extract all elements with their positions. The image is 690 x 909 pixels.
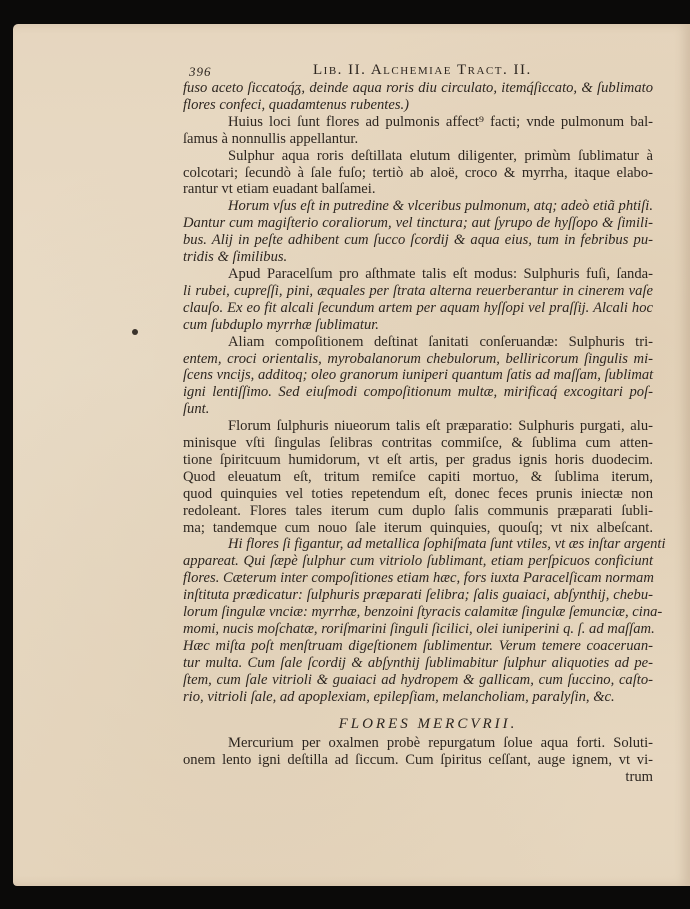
text-line: Quod eleuatum eſt, tritum remiſce capiti… — [183, 469, 653, 486]
running-head: Lib. II. Alchemiae Tract. II. — [313, 62, 532, 79]
page-number: 396 — [189, 64, 212, 81]
text-line: li rubei, cupreſſi, pini, æquales per ſt… — [183, 283, 653, 300]
ink-spot — [132, 329, 138, 335]
text-line: inſtituta prædicatur: ſulphuris præparat… — [183, 587, 653, 604]
text-line: flores. Cæterum inter compoſitiones etia… — [183, 570, 653, 587]
text-line: rantur vt etiam euadant balſamei. — [183, 181, 653, 198]
text-line: ſamus à nonnullis appellantur. — [183, 131, 653, 148]
text-line: tione ſpiritcuum humidorum, vt eſt artis… — [183, 452, 653, 469]
text-line: tridis & ſimilibus. — [183, 249, 653, 266]
text-line: minisque vſti ſingulas ſelibras contrita… — [183, 435, 653, 452]
text-line: lorum ſingulæ vnciæ: myrrhæ, benzoini ſt… — [183, 604, 653, 621]
text-line: Hi flores ſi figantur, ad metallica ſoph… — [183, 536, 653, 553]
page-header: 396 Lib. II. Alchemiae Tract. II. — [183, 62, 653, 80]
text-line: redoleant. Flores tales iterum cum duplo… — [183, 503, 653, 520]
text-line: fuso aceto ſiccatoq́ᵹ, deinde aqua roris… — [183, 80, 653, 97]
section-heading: FLORES MERCVRII. — [183, 716, 653, 733]
text-line: Florum ſulphuris niueorum talis eſt præp… — [183, 418, 653, 435]
text-line: entem, croci orientalis, myrobalanorum c… — [183, 351, 653, 368]
text-line: onem lento igni deſtilla ad ſiccum. Cum … — [183, 752, 653, 769]
text-line: clauſo. Ex eo fit alcali ſecundum artem … — [183, 300, 653, 317]
text-line: Mercurium per oxalmen probè repurgatum ſ… — [183, 735, 653, 752]
text-line: ſtem, cum ſale vitrioli & guaiaci ad hyd… — [183, 672, 653, 689]
text-line: flores confeci, quadamtenus rubentes.) — [183, 97, 653, 114]
text-line: momi, nucis moſchatæ, roriſmarini ſingul… — [183, 621, 653, 638]
text-line: Dantur cum magiſterio coraliorum, vel ti… — [183, 215, 653, 232]
text-line: cum ſubduplo myrrhæ ſublimatur. — [183, 317, 653, 334]
text-line: ma; tandemque cum nouo ſale iterum quinq… — [183, 520, 653, 537]
body-paragraphs: fuso aceto ſiccatoq́ᵹ, deinde aqua roris… — [183, 80, 653, 706]
text-line: quod quinquies vel toties repetendum eſt… — [183, 486, 653, 503]
text-line: appareat. Qui ſæpè ſulphur cum vitriolo … — [183, 553, 653, 570]
text-line: trum — [183, 769, 653, 786]
text-line: ſcens vncijs, additoq; oleo granorum iun… — [183, 367, 653, 384]
text-line: colcotari; ſecundò à ſale fuſo; tertiò a… — [183, 165, 653, 182]
text-line: Aliam compoſitionem deſtinat ſanitati co… — [183, 334, 653, 351]
text-line: Hæc miſta poſt menſtruam digeſtionem ſub… — [183, 638, 653, 655]
page-text: 396 Lib. II. Alchemiae Tract. II. fuso a… — [183, 62, 653, 786]
text-line: rio, vitrioli ſale, ad apoplexiam, epile… — [183, 689, 653, 706]
text-line: Apud Paracelſum pro aſthmate talis eſt m… — [183, 266, 653, 283]
section-paragraph: Mercurium per oxalmen probè repurgatum ſ… — [183, 735, 653, 786]
text-line: Sulphur aqua roris deſtillata elutum dil… — [183, 148, 653, 165]
text-line: Horum vſus eſt in putredine & vlceribus … — [183, 198, 653, 215]
text-line: bus. Alij in peſte adhibent cum ſucco ſc… — [183, 232, 653, 249]
text-line: Huius loci ſunt flores ad pulmonis affec… — [183, 114, 653, 131]
text-line: igni lentiſſimo. Sed eiuſmodi compoſitio… — [183, 384, 653, 401]
text-line: ſunt. — [183, 401, 653, 418]
text-line: tur multa. Cum ſale ſcordij & abſynthij … — [183, 655, 653, 672]
